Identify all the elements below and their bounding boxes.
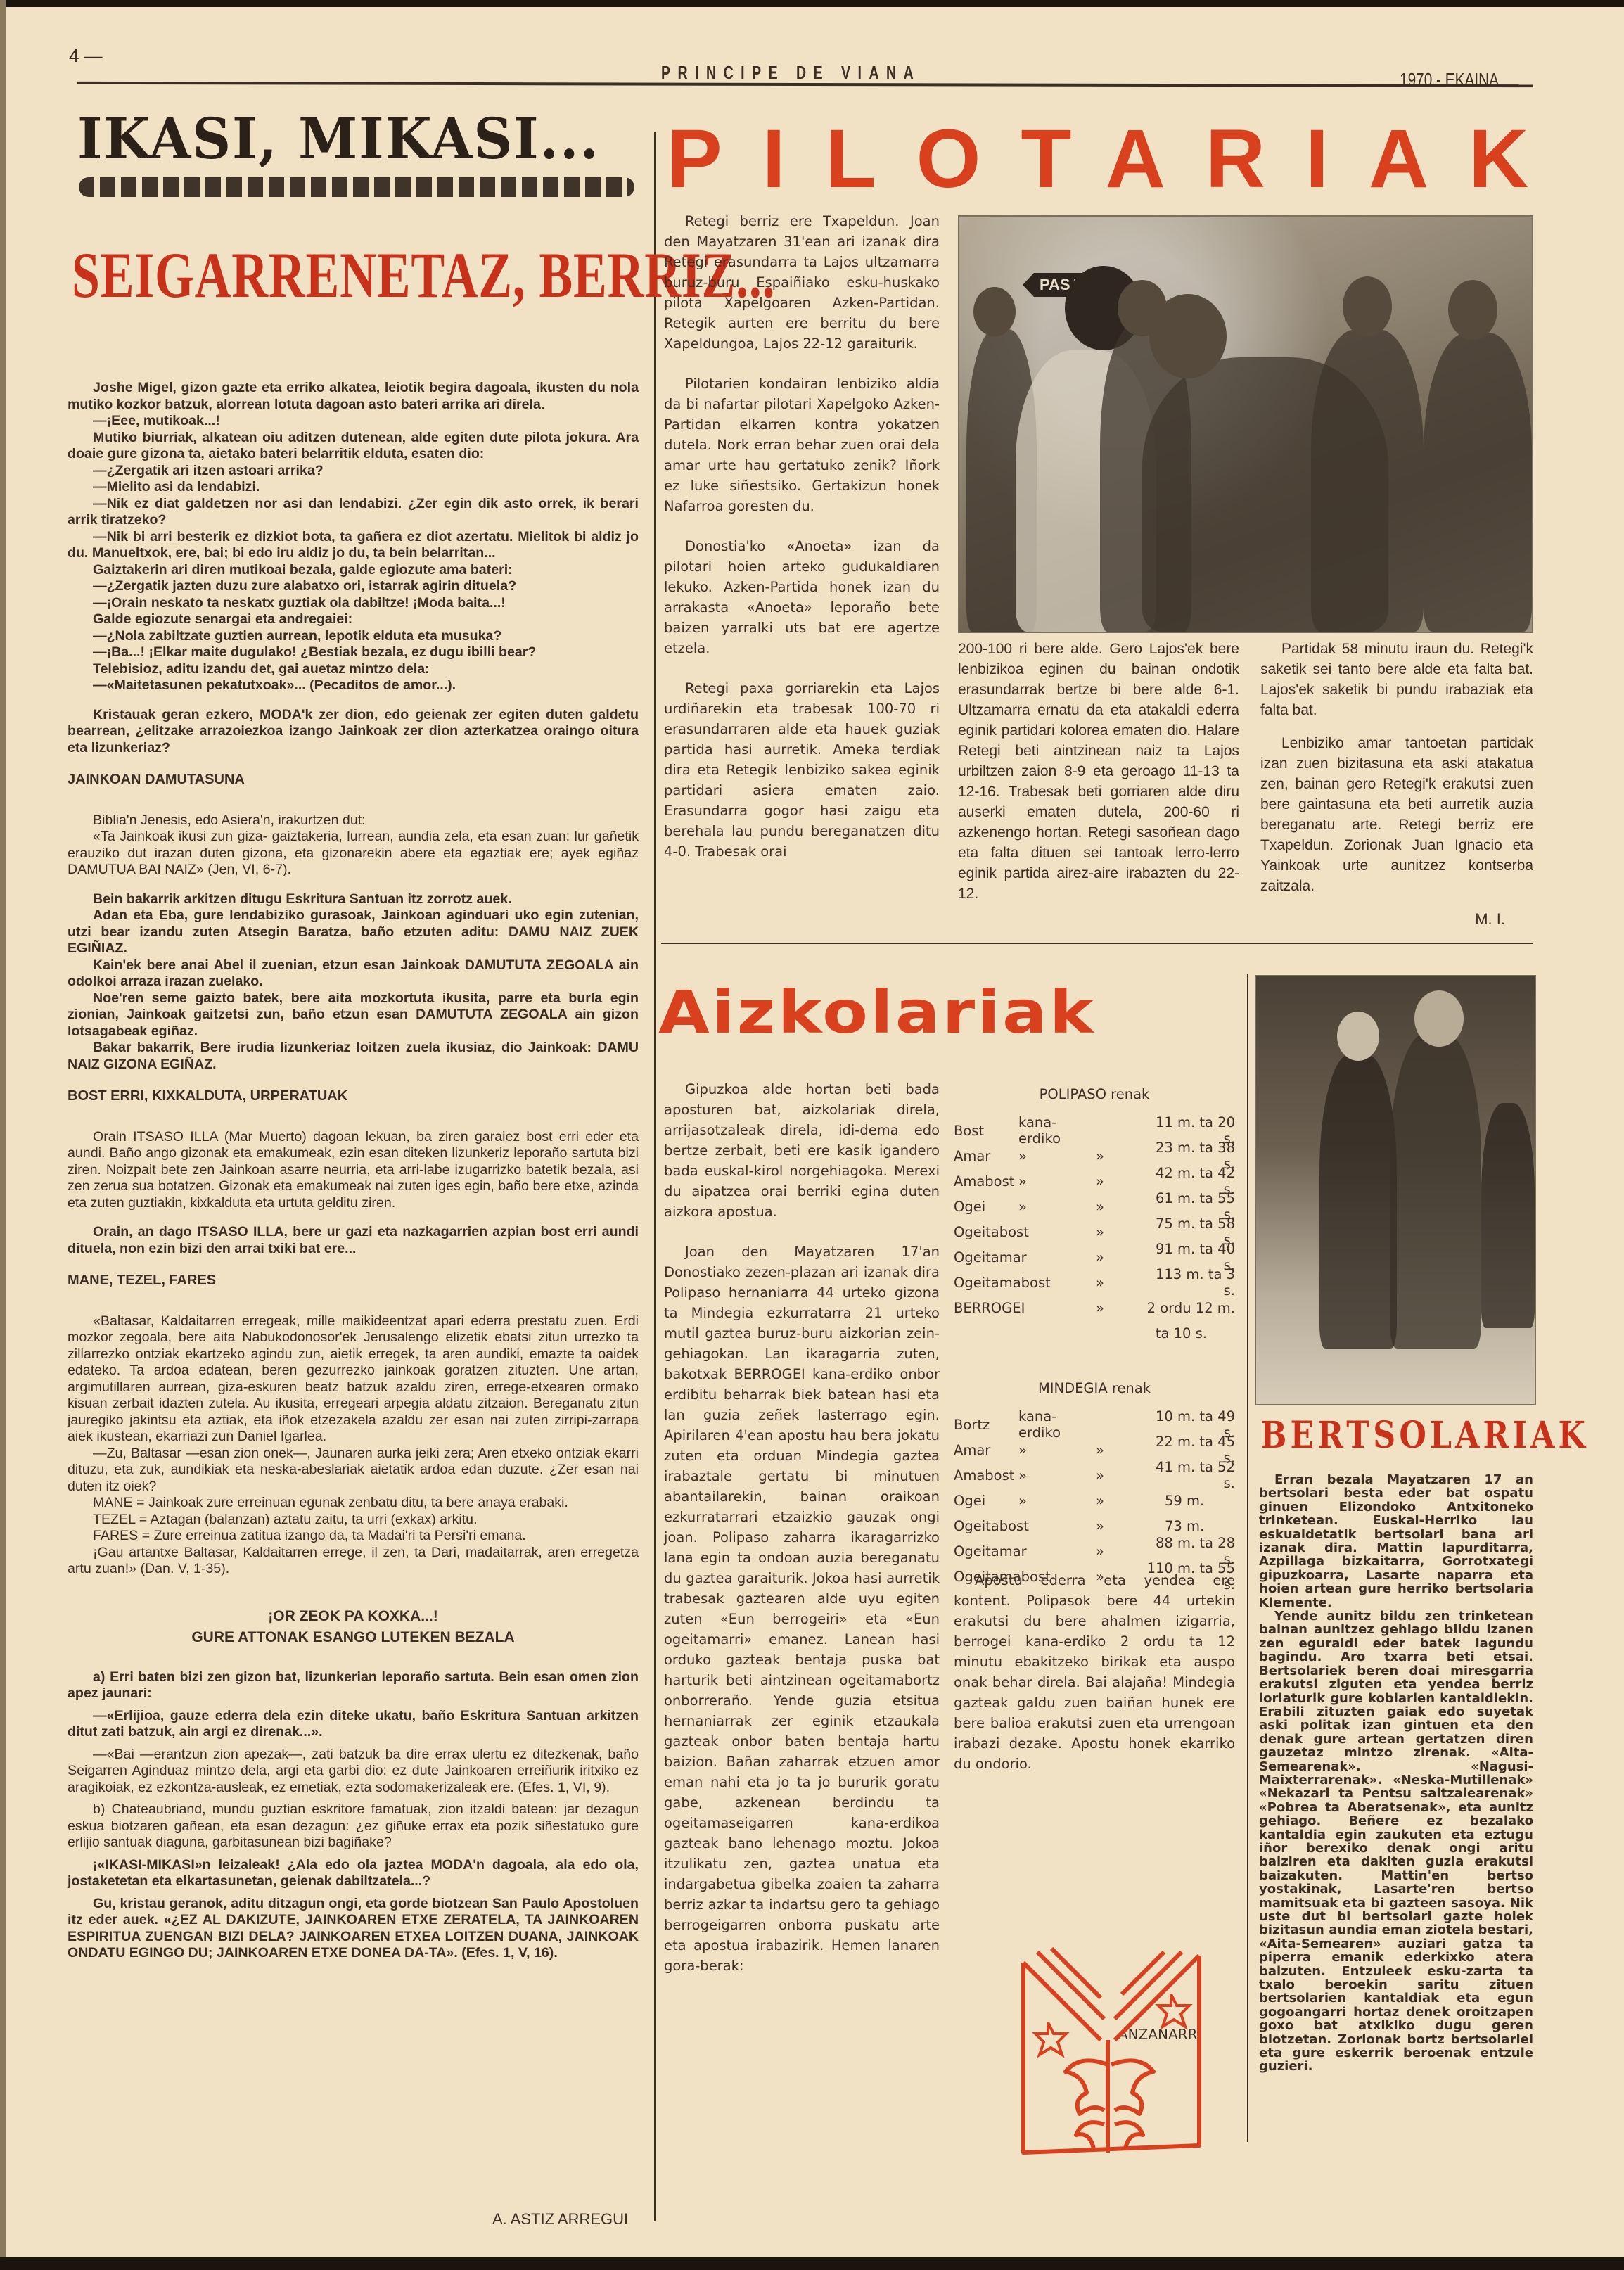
paragraph: Telebisioz, aditu izandu det, gai auetaz… (68, 661, 639, 678)
paragraph: Galde egiozute senargai eta andregaiei: (68, 611, 639, 628)
paragraph: Joan den Mayatzaren 17'an Donostiako zez… (664, 1242, 940, 1976)
table-row: BERROGEI»2 ordu 12 m. (954, 1295, 1235, 1320)
column-divider-right (1247, 974, 1248, 2142)
ikasi-mikasi-article: Joshe Migel, gizon gazte eta erriko alka… (68, 380, 639, 1962)
paragraph: Orain, an dago ITSASO ILLA, bere ur gazi… (68, 1224, 639, 1257)
paragraph: Orain ITSASO ILLA (Mar Muerto) dagoan le… (68, 1129, 639, 1212)
paragraph: Yende aunitz bildu zen trinketean bainan… (1259, 1609, 1533, 2074)
paragraph: —Mielito asi da lendabizi. (68, 479, 639, 496)
mindegia-times-table: MINDEGIA renak Bortzkana-erdiko10 m. ta … (954, 1380, 1235, 1589)
author-byline: A. ASTIZ ARREGUI (492, 2210, 628, 2228)
paragraph: Bein bakarrik arkitzen ditugu Eskritura … (68, 891, 639, 908)
table-row: ta 10 s. (954, 1320, 1235, 1346)
page-number: 4 — (69, 45, 103, 67)
column-divider-left (654, 132, 656, 2221)
section-title-bertsolariak: BERTSOLARIAK (1260, 1414, 1589, 1457)
paragraph: —Zu, Baltasar —esan zion onek—, Jaunaren… (68, 1446, 639, 1496)
paragraph: Gipuzkoa alde hortan beti bada aposturen… (664, 1079, 940, 1222)
paragraph: a) Erri baten bizi zen gizon bat, lizunk… (68, 1669, 639, 1702)
paragraph: —Nik ez diat galdetzen nor asi dan lenda… (68, 496, 639, 529)
paragraph: —¡Ba...! ¡Elkar maite dugulako! ¿Bestiak… (68, 644, 639, 661)
aizkolariak-closing: Apostu ederra eta yendea ere kontent. Po… (954, 1570, 1235, 1794)
issue-date: 1970 - EKAINA (1400, 69, 1499, 91)
polipaso-times-table: POLIPASO renak Bostkana-erdiko11 m. ta 2… (954, 1086, 1235, 1346)
paragraph: —«Maitetasunen pekatutxoak»... (Pecadito… (68, 677, 639, 694)
table-heading: MINDEGIA renak (954, 1380, 1235, 1396)
paragraph: MANE = Jainkoak zure erreinuan egunak ze… (68, 1495, 639, 1512)
paragraph: Noe'ren seme gaizto batek, bere aita moz… (68, 990, 639, 1040)
bertsolariak-article: Erran bezala Mayatzaren 17 an bertsolari… (1259, 1473, 1533, 2074)
section-divider (661, 943, 1533, 944)
paragraph: ¡«IKASI-MIKASI»n leizaleak! ¿Ala edo ola… (68, 1857, 639, 1890)
paragraph: Apostu ederra eta yendea ere kontent. Po… (954, 1570, 1235, 1774)
navarre-emblem-icon (1016, 1941, 1206, 2167)
paragraph: TEZEL = Aztagan (balanzan) aztatu zaitu,… (68, 1512, 639, 1529)
paragraph: Joshe Migel, gizon gazte eta erriko alka… (68, 380, 639, 413)
paragraph: —Nik bi arri besterik ez dizkiot bota, t… (68, 529, 639, 562)
paragraph: FARES = Zure erreinua zatitua izango da,… (68, 1528, 639, 1545)
paragraph: —¡Orain neskato ta neskatx guztiak ola d… (68, 595, 639, 612)
paragraph: b) Chateaubriand, mundu guztian eskritor… (68, 1802, 639, 1851)
subheading-centered: ¡OR ZEOK PA KOXKA...! GURE ATTONAK ESANG… (68, 1606, 639, 1648)
paragraph: 200-100 ri bere alde. Gero Lajos'ek bere… (958, 639, 1239, 904)
paragraph: Gaiztakerin ari diren mutikoai bezala, g… (68, 562, 639, 579)
paragraph: Retegi paxa gorriarekin eta Lajos urdiña… (664, 678, 940, 862)
scan-top-border (0, 0, 1624, 7)
table-row: Ogeitamabost»113 m. ta 3 s. (954, 1270, 1235, 1295)
paragraph: —«Erlijioa, gauze ederra dela ezin ditek… (68, 1708, 639, 1741)
paragraph: Pilotarien kondairan lenbiziko aldia da … (664, 374, 940, 516)
paragraph: Gu, kristau geranok, aditu ditzagun ongi… (68, 1896, 639, 1962)
pilotariak-column-3: Partidak 58 minutu iraun du. Retegi'k sa… (1260, 639, 1533, 929)
paragraph: Erran bezala Mayatzaren 17 an bertsolari… (1259, 1473, 1533, 1609)
paragraph: «Ta Jainkoak ikusi zun giza- gaiztakeria… (68, 829, 639, 879)
subheading-line: GURE ATTONAK ESANGO LUTEKEN BEZALA (191, 1629, 514, 1645)
table-heading: POLIPASO renak (954, 1086, 1235, 1102)
bertsolari-photo (1255, 975, 1536, 1405)
scan-left-edge (0, 0, 6, 2270)
header-rule (77, 82, 1533, 87)
paragraph: Bakar bakarrik, Bere irudia lizunkeriaz … (68, 1040, 639, 1073)
section-title-pilotariak: PILOTARIAK (667, 111, 1568, 207)
paragraph: —«Bai —erantzun zion apezak—, zati batzu… (68, 1747, 639, 1797)
paragraph: —¡Eee, mutikoak...! (68, 413, 639, 430)
paragraph: ¡Gau artantxe Baltasar, Kaldaitarren err… (68, 1545, 639, 1578)
paragraph: —¿Nola zabiltzate guztien aurrean, lepot… (68, 628, 639, 645)
pilotariak-column-1: Retegi berriz ere Txapeldun. Joan den Ma… (664, 211, 940, 881)
paragraph: Partidak 58 minutu iraun du. Retegi'k sa… (1260, 639, 1533, 720)
paragraph: —¿Zergatik jazten duzu zure alabatxo ori… (68, 578, 639, 595)
paragraph: Lenbiziko amar tantoetan partidak izan z… (1260, 733, 1533, 896)
subheading: MANE, TEZEL, FARES (68, 1273, 639, 1289)
paragraph: —¿Zergatik ari itzen astoari arrika? (68, 463, 639, 480)
signature: M. I. (1260, 909, 1533, 929)
subheading-line: ¡OR ZEOK PA KOXKA...! (268, 1608, 438, 1624)
section-title-ikasi-mikasi: IKASI, MIKASI... (77, 106, 600, 172)
paragraph: Biblia'n Jenesis, edo Asiera'n, irakurtz… (68, 812, 639, 829)
paragraph: Kristauak geran ezkero, MODA'k zer dion,… (68, 707, 639, 757)
table-row: Ogei»»59 m. (954, 1488, 1235, 1513)
masthead: PRINCIPE DE VIANA (661, 62, 921, 84)
paragraph: «Baltasar, Kaldaitarren erregeak, mille … (68, 1313, 639, 1446)
aizkolariak-column-1: Gipuzkoa alde hortan beti bada aposturen… (664, 1079, 940, 1996)
paragraph: Kain'ek bere anai Abel il zuenian, etzun… (68, 957, 639, 990)
section-title-aizkolariak: Aizkolariak (658, 978, 1096, 1047)
subheading: JAINKOAN DAMUTASUNA (68, 772, 639, 789)
paragraph: Retegi berriz ere Txapeldun. Joan den Ma… (664, 211, 940, 354)
scan-bottom-border (0, 2257, 1624, 2270)
pelota-award-photo: PASA 7 (958, 215, 1533, 633)
decorative-border (79, 177, 634, 197)
pilotariak-column-2: 200-100 ri bere alde. Gero Lajos'ek bere… (958, 639, 1239, 917)
subheading: BOST ERRI, KIXKALDUTA, URPERATUAK (68, 1088, 639, 1105)
paragraph: Mutiko biurriak, alkatean oiu aditzen du… (68, 430, 639, 463)
table-row: Amabost»»41 m. ta 52 s. (954, 1462, 1235, 1488)
paragraph: Donostia'ko «Anoeta» izan da pilotari ho… (664, 536, 940, 658)
paragraph: Adan eta Eba, gure lendabiziko gurasoak,… (68, 907, 639, 957)
